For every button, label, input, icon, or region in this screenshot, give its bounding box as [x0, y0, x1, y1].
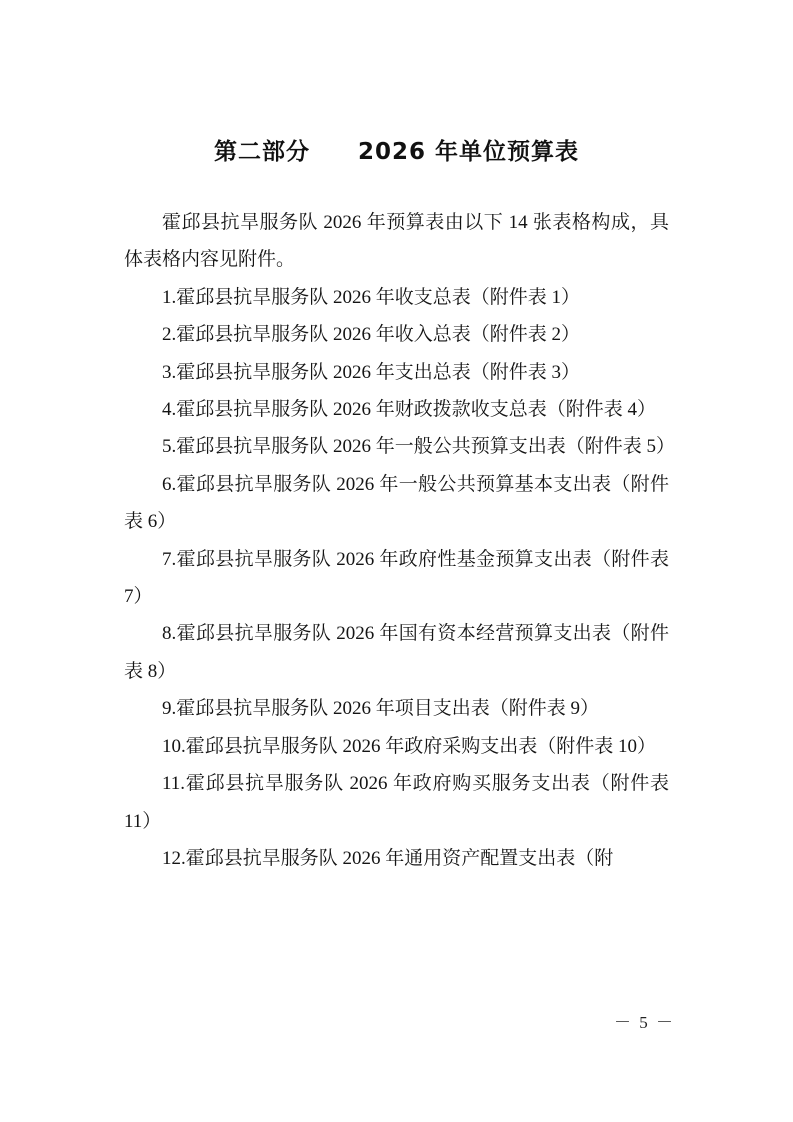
budget-table-list-item: 7.霍邱县抗旱服务队 2026 年政府性基金预算支出表（附件表 7） — [124, 541, 669, 616]
intro-paragraph: 霍邱县抗旱服务队 2026 年预算表由以下 14 张表格构成，具体表格内容见附件… — [124, 204, 669, 279]
budget-table-list-item: 9.霍邱县抗旱服务队 2026 年项目支出表（附件表 9） — [124, 690, 669, 727]
budget-table-list-item: 5.霍邱县抗旱服务队 2026 年一般公共预算支出表（附件表 5） — [124, 428, 669, 465]
budget-table-list-item: 10.霍邱县抗旱服务队 2026 年政府采购支出表（附件表 10） — [124, 728, 669, 765]
budget-table-list-item: 3.霍邱县抗旱服务队 2026 年支出总表（附件表 3） — [124, 354, 669, 391]
document-body: 霍邱县抗旱服务队 2026 年预算表由以下 14 张表格构成，具体表格内容见附件… — [124, 204, 669, 877]
section-title: 第二部分 2026 年单位预算表 — [0, 136, 793, 168]
budget-table-list-item: 11.霍邱县抗旱服务队 2026 年政府购买服务支出表（附件表 11） — [124, 765, 669, 840]
budget-table-list-item: 4.霍邱县抗旱服务队 2026 年财政拨款收支总表（附件表 4） — [124, 391, 669, 428]
budget-table-list-item: 6.霍邱县抗旱服务队 2026 年一般公共预算基本支出表（附件表 6） — [124, 466, 669, 541]
budget-table-list-item: 2.霍邱县抗旱服务队 2026 年收入总表（附件表 2） — [124, 316, 669, 353]
budget-table-list-item: 8.霍邱县抗旱服务队 2026 年国有资本经营预算支出表（附件表 8） — [124, 615, 669, 690]
budget-table-list-item: 12.霍邱县抗旱服务队 2026 年通用资产配置支出表（附 — [124, 840, 669, 877]
document-page: 第二部分 2026 年单位预算表 霍邱县抗旱服务队 2026 年预算表由以下 1… — [0, 0, 793, 1122]
page-number: － 5 － — [614, 1010, 675, 1036]
budget-table-list-item: 1.霍邱县抗旱服务队 2026 年收支总表（附件表 1） — [124, 279, 669, 316]
